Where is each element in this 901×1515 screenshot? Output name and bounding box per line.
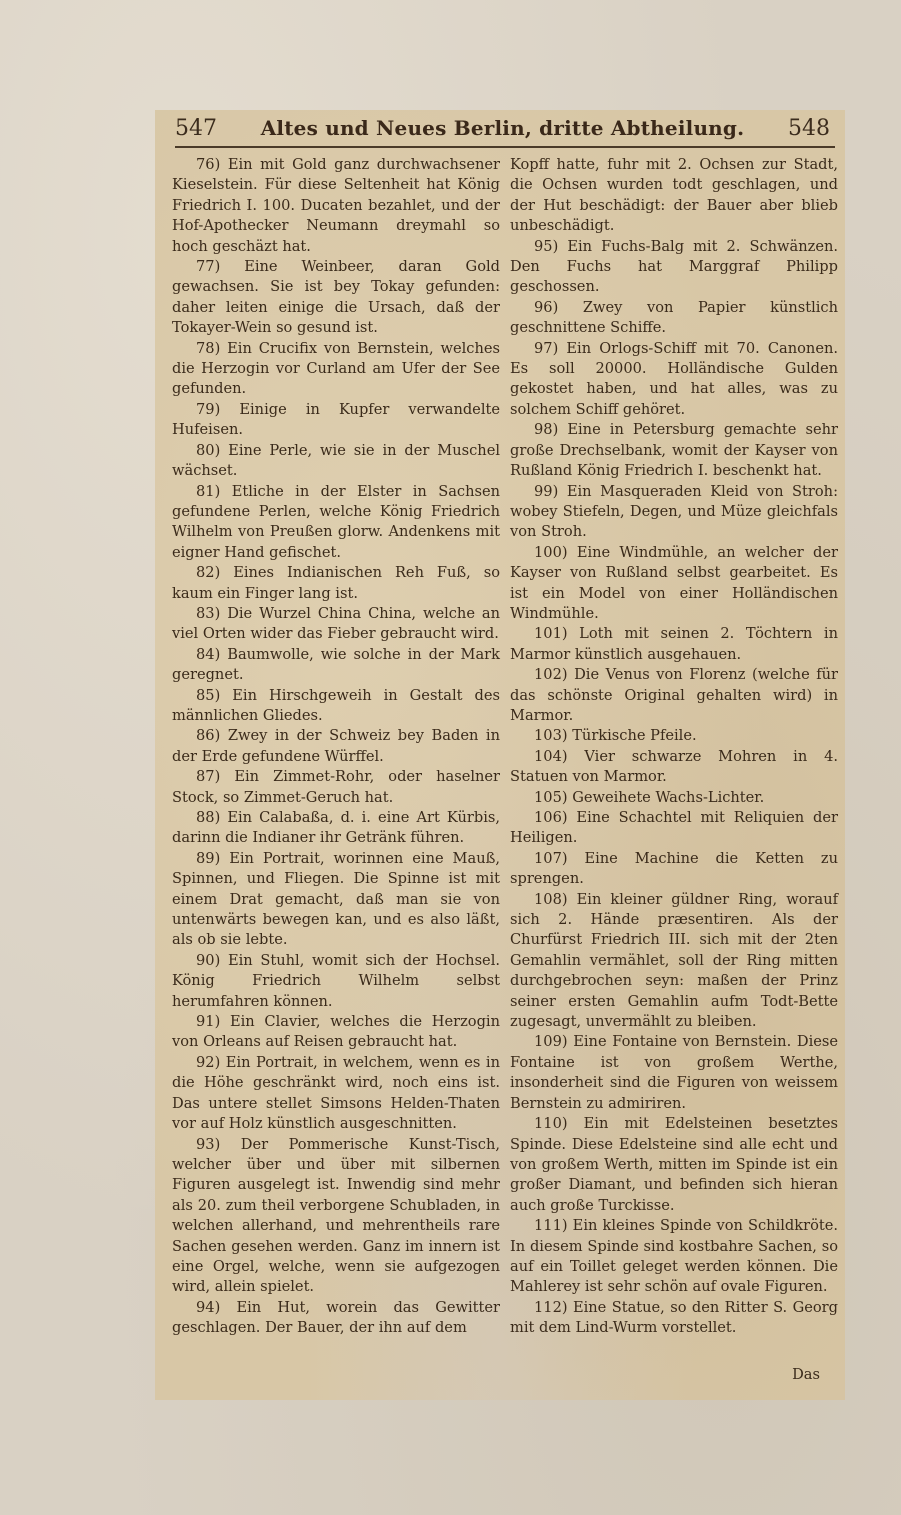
catalog-entry: 88) Ein Calabaßa, d. i. eine Art Kürbis,… [172, 808, 500, 849]
entry-number: 102) [534, 666, 574, 683]
entry-number: 101) [534, 625, 579, 642]
catalog-entry: 112) Eine Statue, so den Ritter S. Georg… [510, 1298, 838, 1339]
entry-number: 106) [534, 809, 576, 826]
catchword: Das [760, 1366, 820, 1383]
catalog-entry: 92) Ein Portrait, in welchem, wenn es in… [172, 1053, 500, 1135]
catalog-entry: 87) Ein Zimmet-Rohr, oder haselner Stock… [172, 767, 500, 808]
entry-number: 87) [196, 768, 234, 785]
entry-number: 81) [196, 483, 232, 500]
catalog-entry: 96) Zwey von Papier künstlich geschnitte… [510, 298, 838, 339]
entry-number: 86) [196, 727, 228, 744]
entry-number: 84) [196, 646, 227, 663]
catalog-entry: 109) Eine Fontaine von Bernstein. Diese … [510, 1032, 838, 1114]
catalog-entry: 95) Ein Fuchs-Balg mit 2. Schwänzen. Den… [510, 237, 838, 298]
page-number-right: 548 [788, 116, 830, 141]
entry-number: 78) [196, 340, 227, 357]
catalog-entry: 77) Eine Weinbeer, daran Gold gewachsen.… [172, 257, 500, 339]
running-title: Altes und Neues Berlin, dritte Abtheilun… [261, 116, 745, 140]
catalog-entry: 91) Ein Clavier, welches die Herzogin vo… [172, 1012, 500, 1053]
entry-number: 97) [534, 340, 566, 357]
catalog-entry: 102) Die Venus von Florenz (welche für d… [510, 665, 838, 726]
catalog-entry: 80) Eine Perle, wie sie in der Muschel w… [172, 441, 500, 482]
entry-number: 91) [196, 1013, 230, 1030]
catalog-entry: 97) Ein Orlogs-Schiff mit 70. Canonen. E… [510, 339, 838, 421]
catalog-entry: 89) Ein Portrait, worinnen eine Mauß, Sp… [172, 849, 500, 951]
entry-number: 111) [534, 1217, 573, 1234]
catalog-entry: 110) Ein mit Edelsteinen besetztes Spind… [510, 1114, 838, 1216]
running-header: 547 Altes und Neues Berlin, dritte Abthe… [175, 116, 830, 146]
entry-text: Der Pommerische Kunst-Tisch, welcher übe… [172, 1136, 500, 1296]
entry-number: 95) [534, 238, 567, 255]
catalog-entry: 82) Eines Indianischen Reh Fuß, so kaum … [172, 563, 500, 604]
catalog-entry: 107) Eine Machine die Ketten zu sprengen… [510, 849, 838, 890]
catalog-entry: 108) Ein kleiner güldner Ring, worauf si… [510, 890, 838, 1033]
catalog-entry: 84) Baumwolle, wie solche in der Mark ge… [172, 645, 500, 686]
catalog-entry: 76) Ein mit Gold ganz durchwachsener Kie… [172, 155, 500, 257]
entry-number: 76) [196, 156, 228, 173]
entry-number: 109) [534, 1033, 573, 1050]
entry-number: 85) [196, 687, 232, 704]
catalog-entry: 94) Ein Hut, worein das Gewitter geschla… [172, 1298, 500, 1339]
right-column: Kopff hatte, fuhr mit 2. Ochsen zur Stad… [510, 155, 838, 1339]
left-column: 76) Ein mit Gold ganz durchwachsener Kie… [172, 155, 500, 1339]
entry-number: 100) [534, 544, 577, 561]
entry-number: 103) [534, 727, 572, 744]
catalog-entry: 78) Ein Crucifix von Bernstein, welches … [172, 339, 500, 400]
entry-text: Kopff hatte, fuhr mit 2. Ochsen zur Stad… [510, 156, 838, 234]
entry-number: 96) [534, 299, 583, 316]
catalog-entry: 81) Etliche in der Elster in Sachsen gef… [172, 482, 500, 564]
entry-number: 110) [534, 1115, 584, 1132]
catalog-entry: 79) Einige in Kupfer verwandelte Hufeise… [172, 400, 500, 441]
catalog-entry: 101) Loth mit seinen 2. Töchtern in Marm… [510, 624, 838, 665]
entry-number: 94) [196, 1299, 236, 1316]
header-rule [175, 146, 835, 148]
catalog-entry: Kopff hatte, fuhr mit 2. Ochsen zur Stad… [510, 155, 838, 237]
entry-text: Geweihete Wachs-Lichter. [572, 789, 764, 806]
entry-number: 83) [196, 605, 227, 622]
page-number-left: 547 [175, 116, 217, 141]
entry-number: 108) [534, 891, 577, 908]
entry-text: Türkische Pfeile. [572, 727, 696, 744]
entry-number: 82) [196, 564, 233, 581]
catalog-entry: 100) Eine Windmühle, an welcher der Kays… [510, 543, 838, 625]
catalog-entry: 111) Ein kleines Spinde von Schildkröte.… [510, 1216, 838, 1298]
entry-number: 79) [196, 401, 239, 418]
catalog-entry: 103) Türkische Pfeile. [510, 726, 838, 746]
catalog-entry: 90) Ein Stuhl, womit sich der Hochsel. K… [172, 951, 500, 1012]
catalog-entry: 105) Geweihete Wachs-Lichter. [510, 788, 838, 808]
entry-number: 77) [196, 258, 244, 275]
catalog-entry: 104) Vier schwarze Mohren in 4. Statuen … [510, 747, 838, 788]
catalog-entry: 85) Ein Hirschgeweih in Gestalt des männ… [172, 686, 500, 727]
entry-number: 107) [534, 850, 584, 867]
entry-number: 112) [534, 1299, 573, 1316]
catalog-entry: 106) Eine Schachtel mit Reliquien der He… [510, 808, 838, 849]
entry-number: 104) [534, 748, 584, 765]
catalog-entry: 98) Eine in Petersburg gemachte sehr gro… [510, 420, 838, 481]
entry-text: Ein kleiner güldner Ring, worauf sich 2.… [510, 891, 838, 1030]
catalog-entry: 93) Der Pommerische Kunst-Tisch, welcher… [172, 1135, 500, 1298]
catalog-entry: 83) Die Wurzel China China, welche an vi… [172, 604, 500, 645]
entry-number: 98) [534, 421, 567, 438]
catalog-entry: 86) Zwey in der Schweiz bey Baden in der… [172, 726, 500, 767]
entry-number: 92) [196, 1054, 226, 1071]
entry-number: 90) [196, 952, 228, 969]
catalog-entry: 99) Ein Masqueraden Kleid von Stroh: wob… [510, 482, 838, 543]
entry-number: 105) [534, 789, 572, 806]
entry-number: 80) [196, 442, 228, 459]
entry-number: 93) [196, 1136, 241, 1153]
entry-number: 89) [196, 850, 229, 867]
entry-number: 88) [196, 809, 227, 826]
entry-number: 99) [534, 483, 567, 500]
